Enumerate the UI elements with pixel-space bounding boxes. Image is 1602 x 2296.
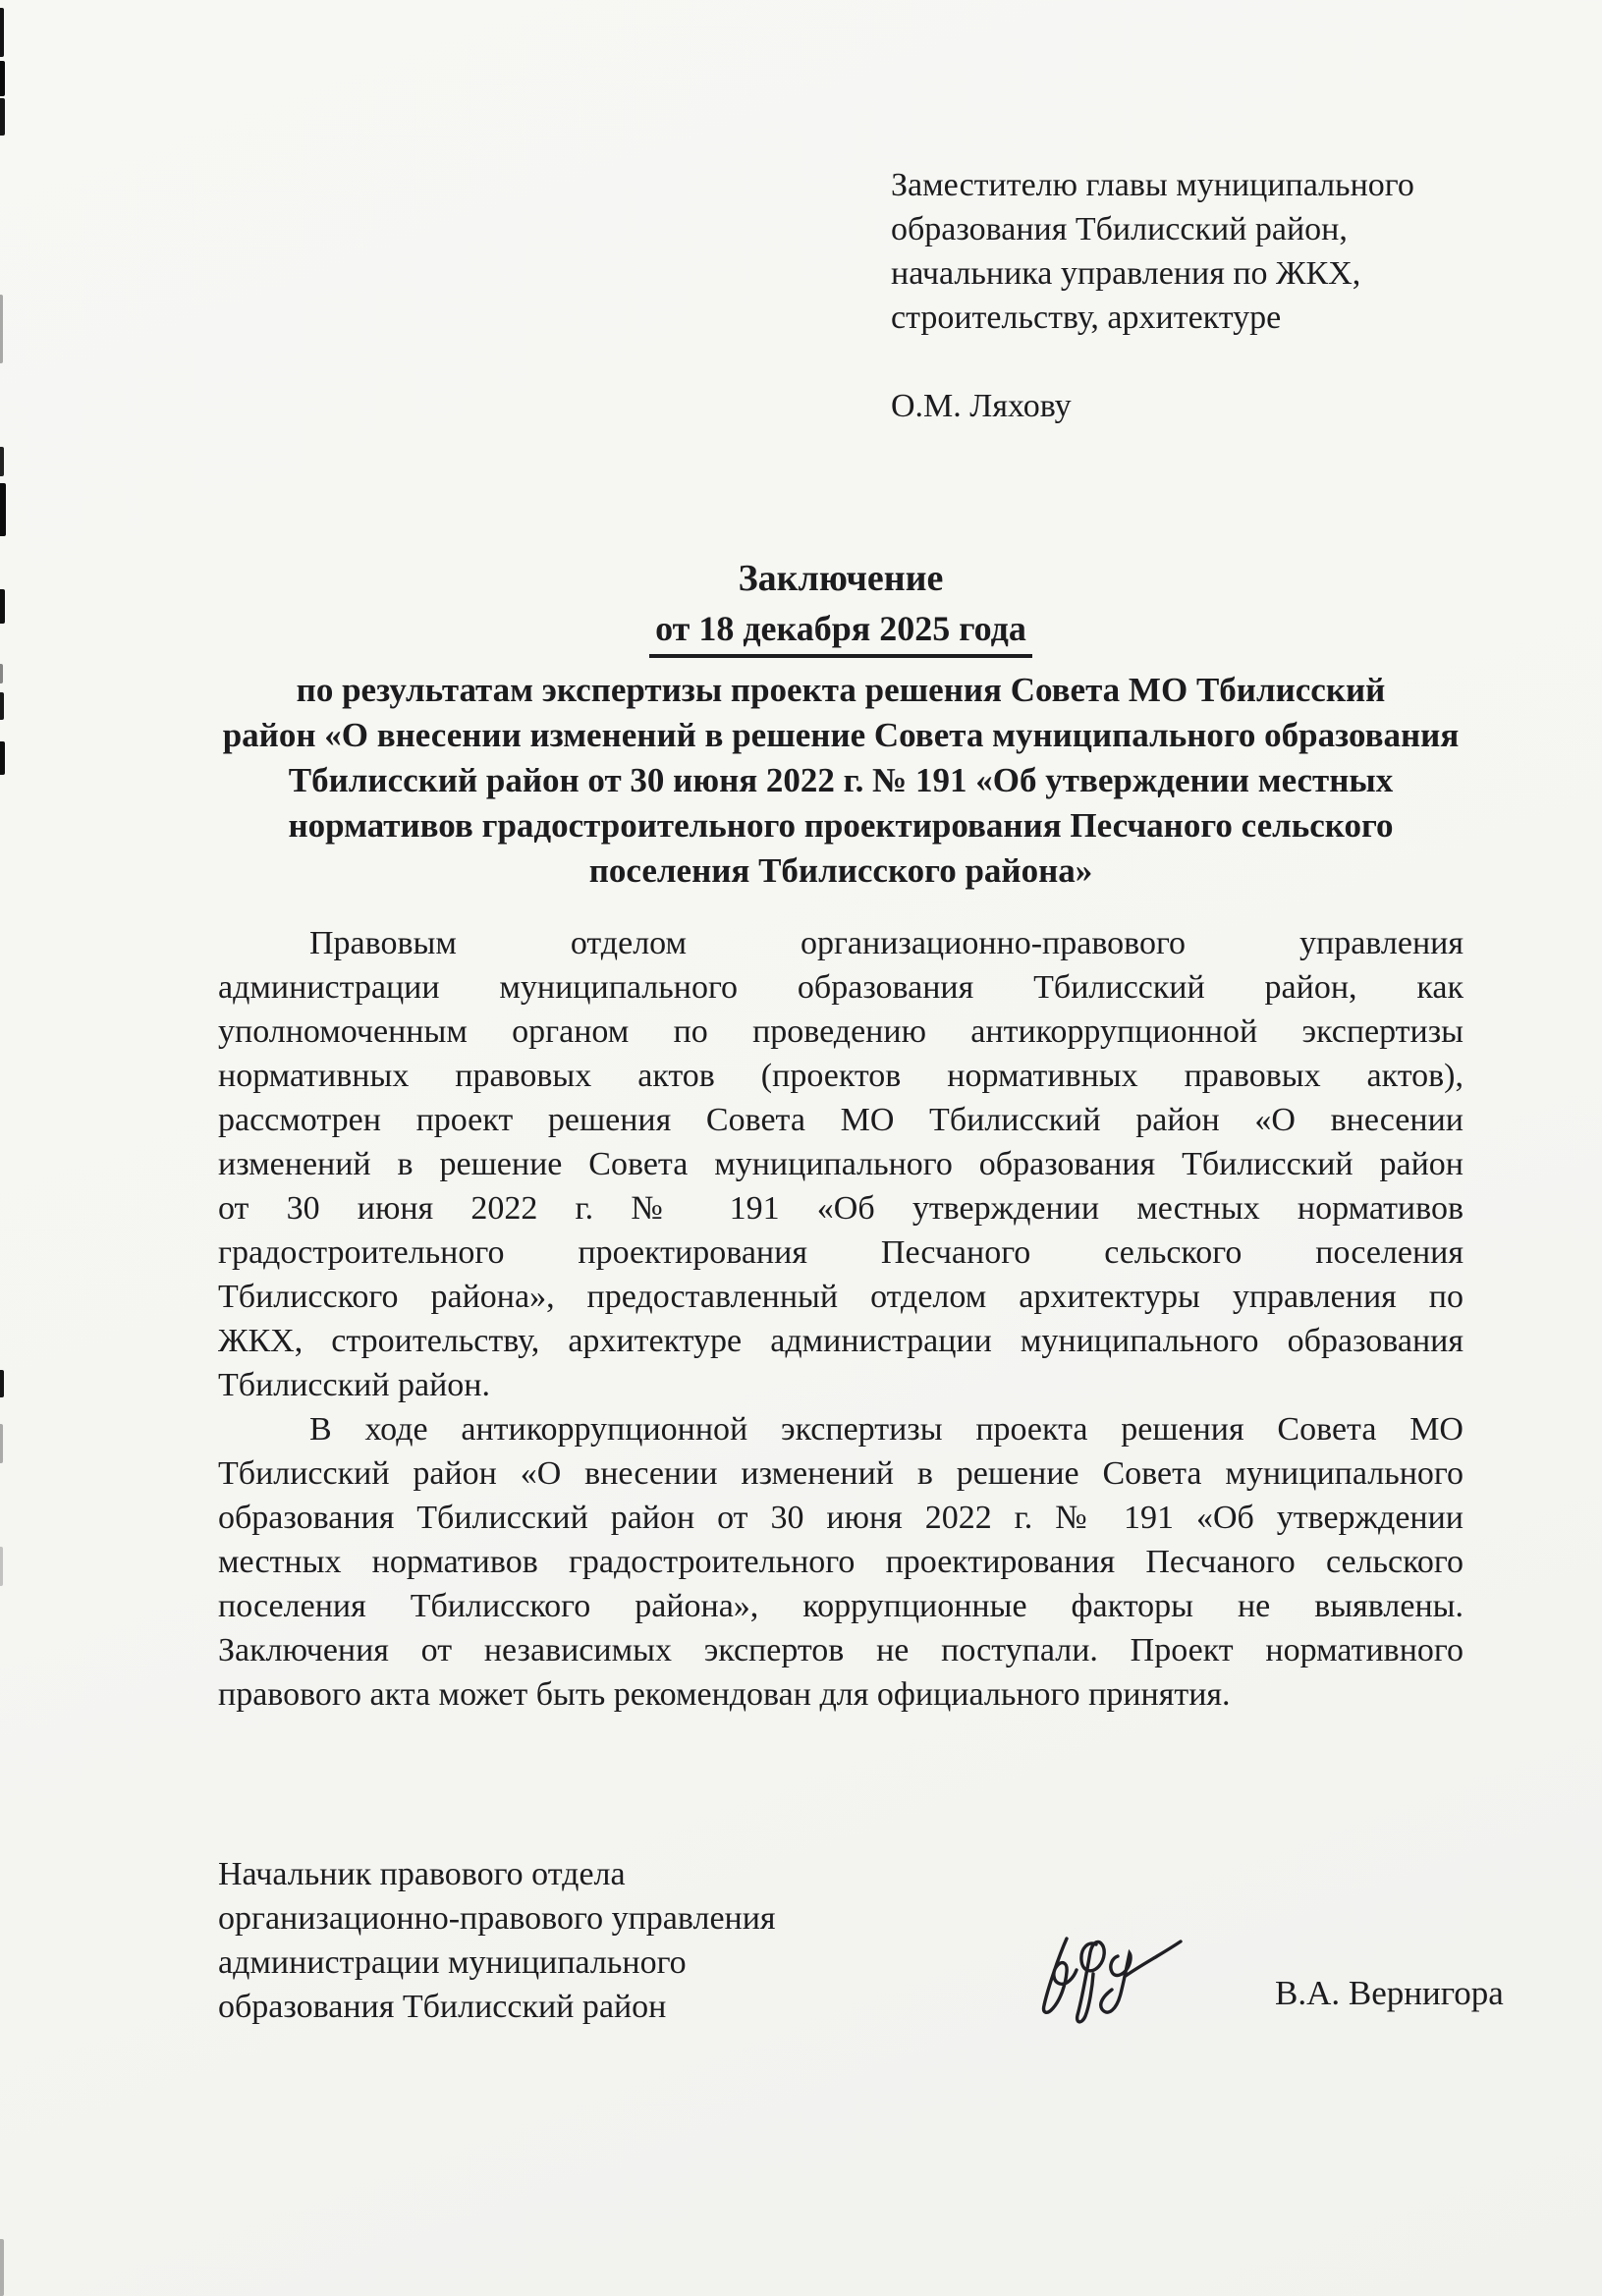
body-line: поселения Тбилисского района», коррупцио… [218, 1584, 1464, 1628]
document-page: Заместителю главы муниципального образов… [0, 0, 1602, 2296]
body-text: Правовым отделом организационно-правовог… [218, 921, 1464, 1717]
scan-artifact [0, 8, 4, 57]
addressee-line: Заместителю главы муниципального [891, 163, 1414, 207]
scan-artifact [0, 61, 5, 96]
signatory-position-line: Начальник правового отдела [218, 1852, 776, 1896]
body-line: Правовым отделом организационно-правовог… [218, 921, 1464, 965]
addressee-line: начальника управления по ЖКХ, [891, 251, 1414, 296]
body-line: уполномоченным органом по проведению ант… [218, 1010, 1464, 1054]
scan-artifact [0, 1424, 3, 1463]
scan-artifact [0, 664, 3, 683]
subject-line: по результатам экспертизы проекта решени… [218, 668, 1464, 713]
subject-line: Тбилисский район от 30 июня 2022 г. № 19… [218, 758, 1464, 803]
body-line: правового акта может быть рекомендован д… [218, 1672, 1464, 1717]
document-date-line: от 18 декабря 2025 года [218, 606, 1464, 658]
title-block: Заключение от 18 декабря 2025 года по ре… [218, 556, 1464, 894]
signatory-position-line: организационно-правового управления [218, 1896, 776, 1941]
body-line: нормативных правовых актов (проектов нор… [218, 1054, 1464, 1098]
body-line: от 30 июня 2022 г. № 191 «Об утверждении… [218, 1186, 1464, 1230]
body-line: изменений в решение Совета муниципальног… [218, 1142, 1464, 1186]
scan-artifact [0, 295, 3, 363]
scan-artifact [0, 1370, 4, 1397]
addressee-block: Заместителю главы муниципального образов… [891, 163, 1414, 428]
scan-artifact [0, 483, 6, 536]
body-line: местных нормативов градостроительного пр… [218, 1540, 1464, 1584]
addressee-line: строительству, архитектуре [891, 296, 1414, 340]
addressee-recipient: О.М. Ляхову [891, 384, 1414, 428]
scan-artifact [0, 447, 4, 476]
body-line: администрации муниципального образования… [218, 965, 1464, 1010]
body-line: Тбилисский район «О внесении изменений в… [218, 1451, 1464, 1496]
addressee-line: образования Тбилисский район, [891, 207, 1414, 251]
scan-artifact [0, 741, 5, 775]
body-line: Тбилисского района», предоставленный отд… [218, 1275, 1464, 1319]
scan-artifact [0, 2239, 4, 2296]
body-line: градостроительного проектирования Песчан… [218, 1230, 1464, 1275]
handwritten-signature-icon [1031, 1913, 1184, 2029]
document-subject: по результатам экспертизы проекта решени… [218, 668, 1464, 894]
body-line: ЖКХ, строительству, архитектуре админист… [218, 1319, 1464, 1363]
signatory-name: В.А. Вернигора [1275, 1974, 1504, 2013]
signatory-position-line: администрации муниципального [218, 1941, 776, 1985]
document-date: от 18 декабря 2025 года [649, 606, 1032, 658]
scan-artifact [0, 98, 5, 136]
document-title: Заключение [218, 556, 1464, 601]
body-line: образования Тбилисский район от 30 июня … [218, 1496, 1464, 1540]
body-line: Заключения от независимых экспертов не п… [218, 1628, 1464, 1672]
signatory-position-line: образования Тбилисский район [218, 1985, 776, 2029]
signatory-position-block: Начальник правового отдела организационн… [218, 1852, 776, 2029]
body-line: В ходе антикоррупционной экспертизы прое… [218, 1407, 1464, 1451]
subject-line: поселения Тбилисского района» [218, 848, 1464, 894]
subject-line: район «О внесении изменений в решение Со… [218, 713, 1464, 758]
scan-artifact [0, 589, 5, 624]
body-line: Тбилисский район. [218, 1363, 1464, 1407]
scan-artifact [0, 1547, 3, 1586]
body-line: рассмотрен проект решения Совета МО Тбил… [218, 1098, 1464, 1142]
subject-line: нормативов градостроительного проектиров… [218, 803, 1464, 848]
scan-artifact [0, 692, 4, 720]
